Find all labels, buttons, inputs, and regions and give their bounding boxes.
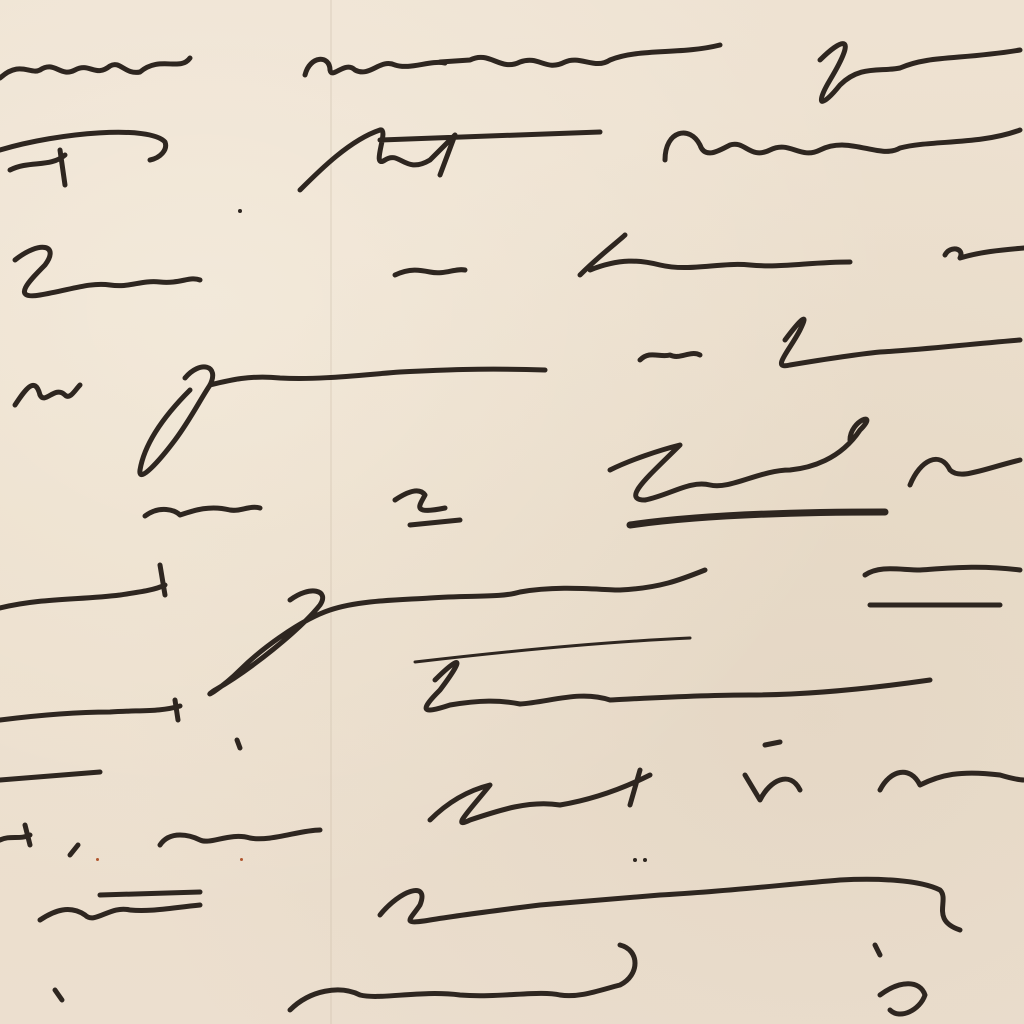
ink-speck bbox=[96, 858, 99, 861]
ink-speck bbox=[240, 858, 243, 861]
handwriting-strokes bbox=[0, 0, 1024, 1024]
